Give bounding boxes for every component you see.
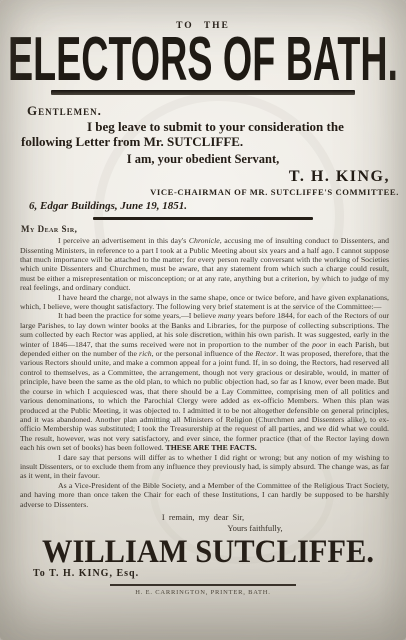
- letter-body: I perceive an advertisement in this day'…: [20, 236, 389, 509]
- signatory-name: T. H. KING,: [0, 168, 390, 186]
- letter-salutation: My Dear Sir,: [21, 224, 406, 234]
- printer-imprint: H. E. CARRINGTON, PRINTER, BATH.: [0, 589, 406, 596]
- body-paragraph: I have heard the charge, not always in t…: [20, 293, 389, 312]
- headline-electors-of-bath: ELECTORS OF BATH.: [3, 32, 403, 86]
- body-paragraph: It had been the practice for some years,…: [20, 311, 389, 452]
- broadside-poster: TO THE ELECTORS OF BATH. Gentlemen. I be…: [0, 0, 406, 640]
- headline-text: ELECTORS OF BATH.: [8, 32, 398, 86]
- imprint-rule: [110, 584, 296, 586]
- signature-william-sutcliffe: WILLIAM SUTCLIFFE.: [3, 535, 403, 567]
- dateline: 6, Edgar Buildings, June 19, 1851.: [29, 200, 406, 212]
- headline-rule: [51, 90, 355, 95]
- body-paragraph: As a Vice-President of the Bible Society…: [20, 481, 389, 509]
- kicker-to-the: TO THE: [0, 21, 406, 31]
- obedient-servant-line: I am, your obedient Servant,: [0, 152, 406, 167]
- body-paragraph: I dare say that persons will differ as t…: [20, 453, 389, 481]
- intro-paragraph: I beg leave to submit to your considerat…: [21, 120, 373, 149]
- addressee-line: To T. H. KING, Esq.: [33, 568, 406, 579]
- closing-faithfully-line: Yours faithfully,: [227, 523, 406, 533]
- closing-remain-line: I remain, my dear Sir,: [0, 512, 406, 522]
- signatory-role: VICE-CHAIRMAN OF MR. SUTCLIFFE'S COMMITT…: [0, 187, 399, 197]
- letter-divider-rule: [93, 217, 313, 220]
- body-paragraph: I perceive an advertisement in this day'…: [20, 236, 389, 292]
- salutation-gentlemen: Gentlemen.: [27, 103, 406, 119]
- signature-text: WILLIAM SUTCLIFFE.: [42, 535, 374, 567]
